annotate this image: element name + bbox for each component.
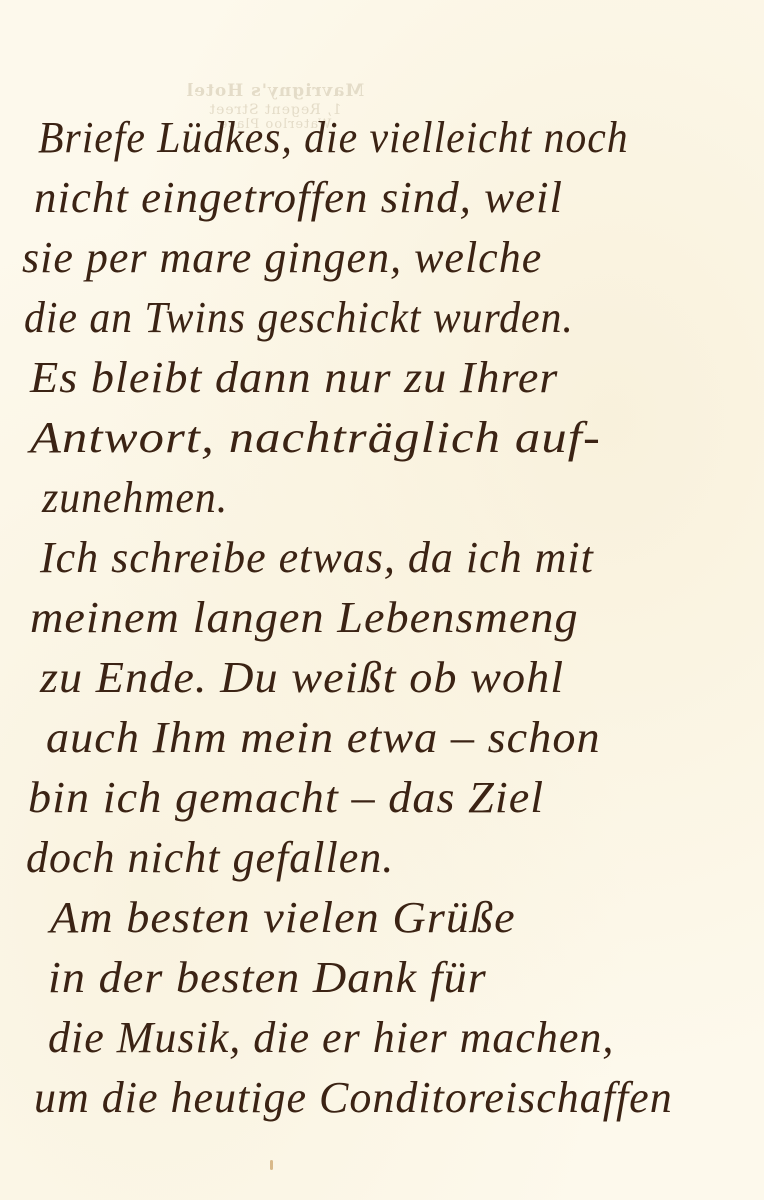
handwritten-line: Es bleibt dann nur zu Ihrer bbox=[30, 352, 558, 403]
handwritten-line: die Musik, die er hier machen, bbox=[48, 1012, 614, 1063]
handwritten-line: auch Ihm mein etwa – schon bbox=[46, 712, 601, 763]
handwritten-line: sie per mare gingen, welche bbox=[22, 232, 542, 283]
handwritten-line: Am besten vielen Grüße bbox=[50, 892, 516, 943]
handwritten-line: in der besten Dank für bbox=[48, 952, 487, 1003]
handwritten-line: Ich schreibe etwas, da ich mit bbox=[40, 532, 594, 583]
handwritten-line: die an Twins geschickt wurden. bbox=[24, 292, 574, 343]
handwritten-line: um die heutige Conditoreischaffen bbox=[34, 1072, 673, 1123]
paper-spot bbox=[270, 1160, 273, 1170]
handwritten-line: meinem langen Lebensmeng bbox=[30, 592, 579, 643]
handwritten-line: Briefe Lüdkes, die vielleicht noch bbox=[38, 112, 629, 163]
handwritten-line: nicht eingetroffen sind, weil bbox=[34, 172, 563, 223]
handwritten-line: bin ich gemacht – das Ziel bbox=[28, 772, 544, 823]
handwritten-line: zu Ende. Du weißt ob wohl bbox=[40, 652, 564, 703]
letterhead-hotel-name: Mavrigny's Hotel bbox=[180, 82, 370, 102]
handwritten-line: Antwort, nachträglich auf- bbox=[30, 412, 601, 463]
handwritten-line: doch nicht gefallen. bbox=[26, 832, 394, 883]
handwritten-line: zunehmen. bbox=[42, 472, 228, 523]
